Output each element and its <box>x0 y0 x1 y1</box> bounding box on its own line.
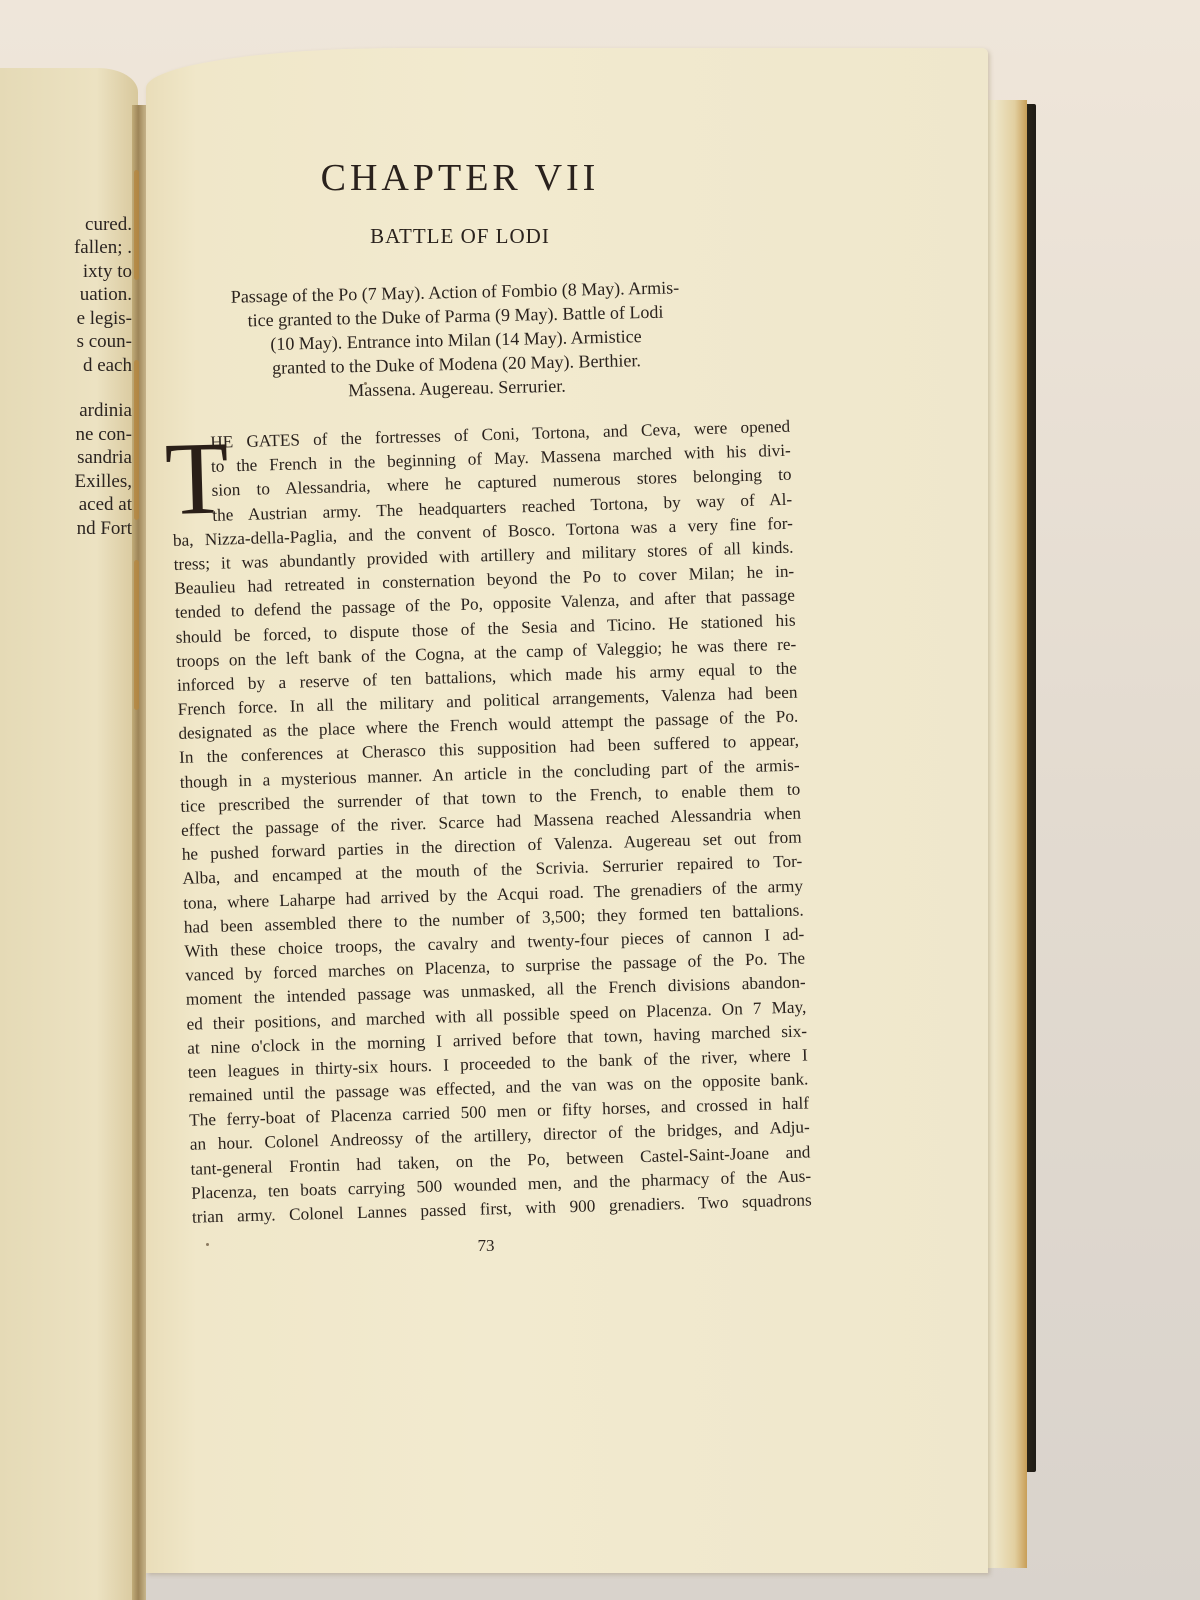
foxing-stain <box>134 360 139 520</box>
left-page: cured. fallen; . ixty to uation. e legis… <box>0 68 138 1600</box>
drop-cap: T <box>164 434 230 524</box>
left-page-line: sandria <box>0 446 132 470</box>
left-page-line: s coun- <box>0 330 132 354</box>
left-page-line: aced at <box>0 493 132 517</box>
foxing-stain <box>134 170 139 280</box>
foxing-stain <box>134 560 139 710</box>
left-page-line: fallen; . <box>0 236 132 260</box>
chapter-summary: Passage of the Po (7 May). Action of Fom… <box>205 275 707 405</box>
left-page-line: uation. <box>0 283 132 307</box>
paper-speck <box>206 1243 209 1246</box>
left-page-line: cured. <box>0 213 132 237</box>
left-page-line: ixty to <box>0 260 132 284</box>
left-page-line: Exilles, <box>0 470 132 494</box>
left-page-line: nd Fort <box>0 517 132 541</box>
chapter-subtitle: BATTLE OF LODI <box>310 224 610 249</box>
left-page-line: ardinia <box>0 399 132 423</box>
book-gutter <box>132 105 146 1600</box>
left-page-line: ne con- <box>0 423 132 447</box>
left-page-line: d each <box>0 354 132 378</box>
page-number: 73 <box>466 1236 506 1256</box>
paper-speck <box>364 382 367 385</box>
body-text: T HE GATES of the fortresses of Coni, To… <box>170 415 812 1230</box>
right-page: CHAPTER VII BATTLE OF LODI Passage of th… <box>146 48 988 1573</box>
chapter-title: CHAPTER VII <box>310 156 610 200</box>
left-page-line: e legis- <box>0 307 132 331</box>
